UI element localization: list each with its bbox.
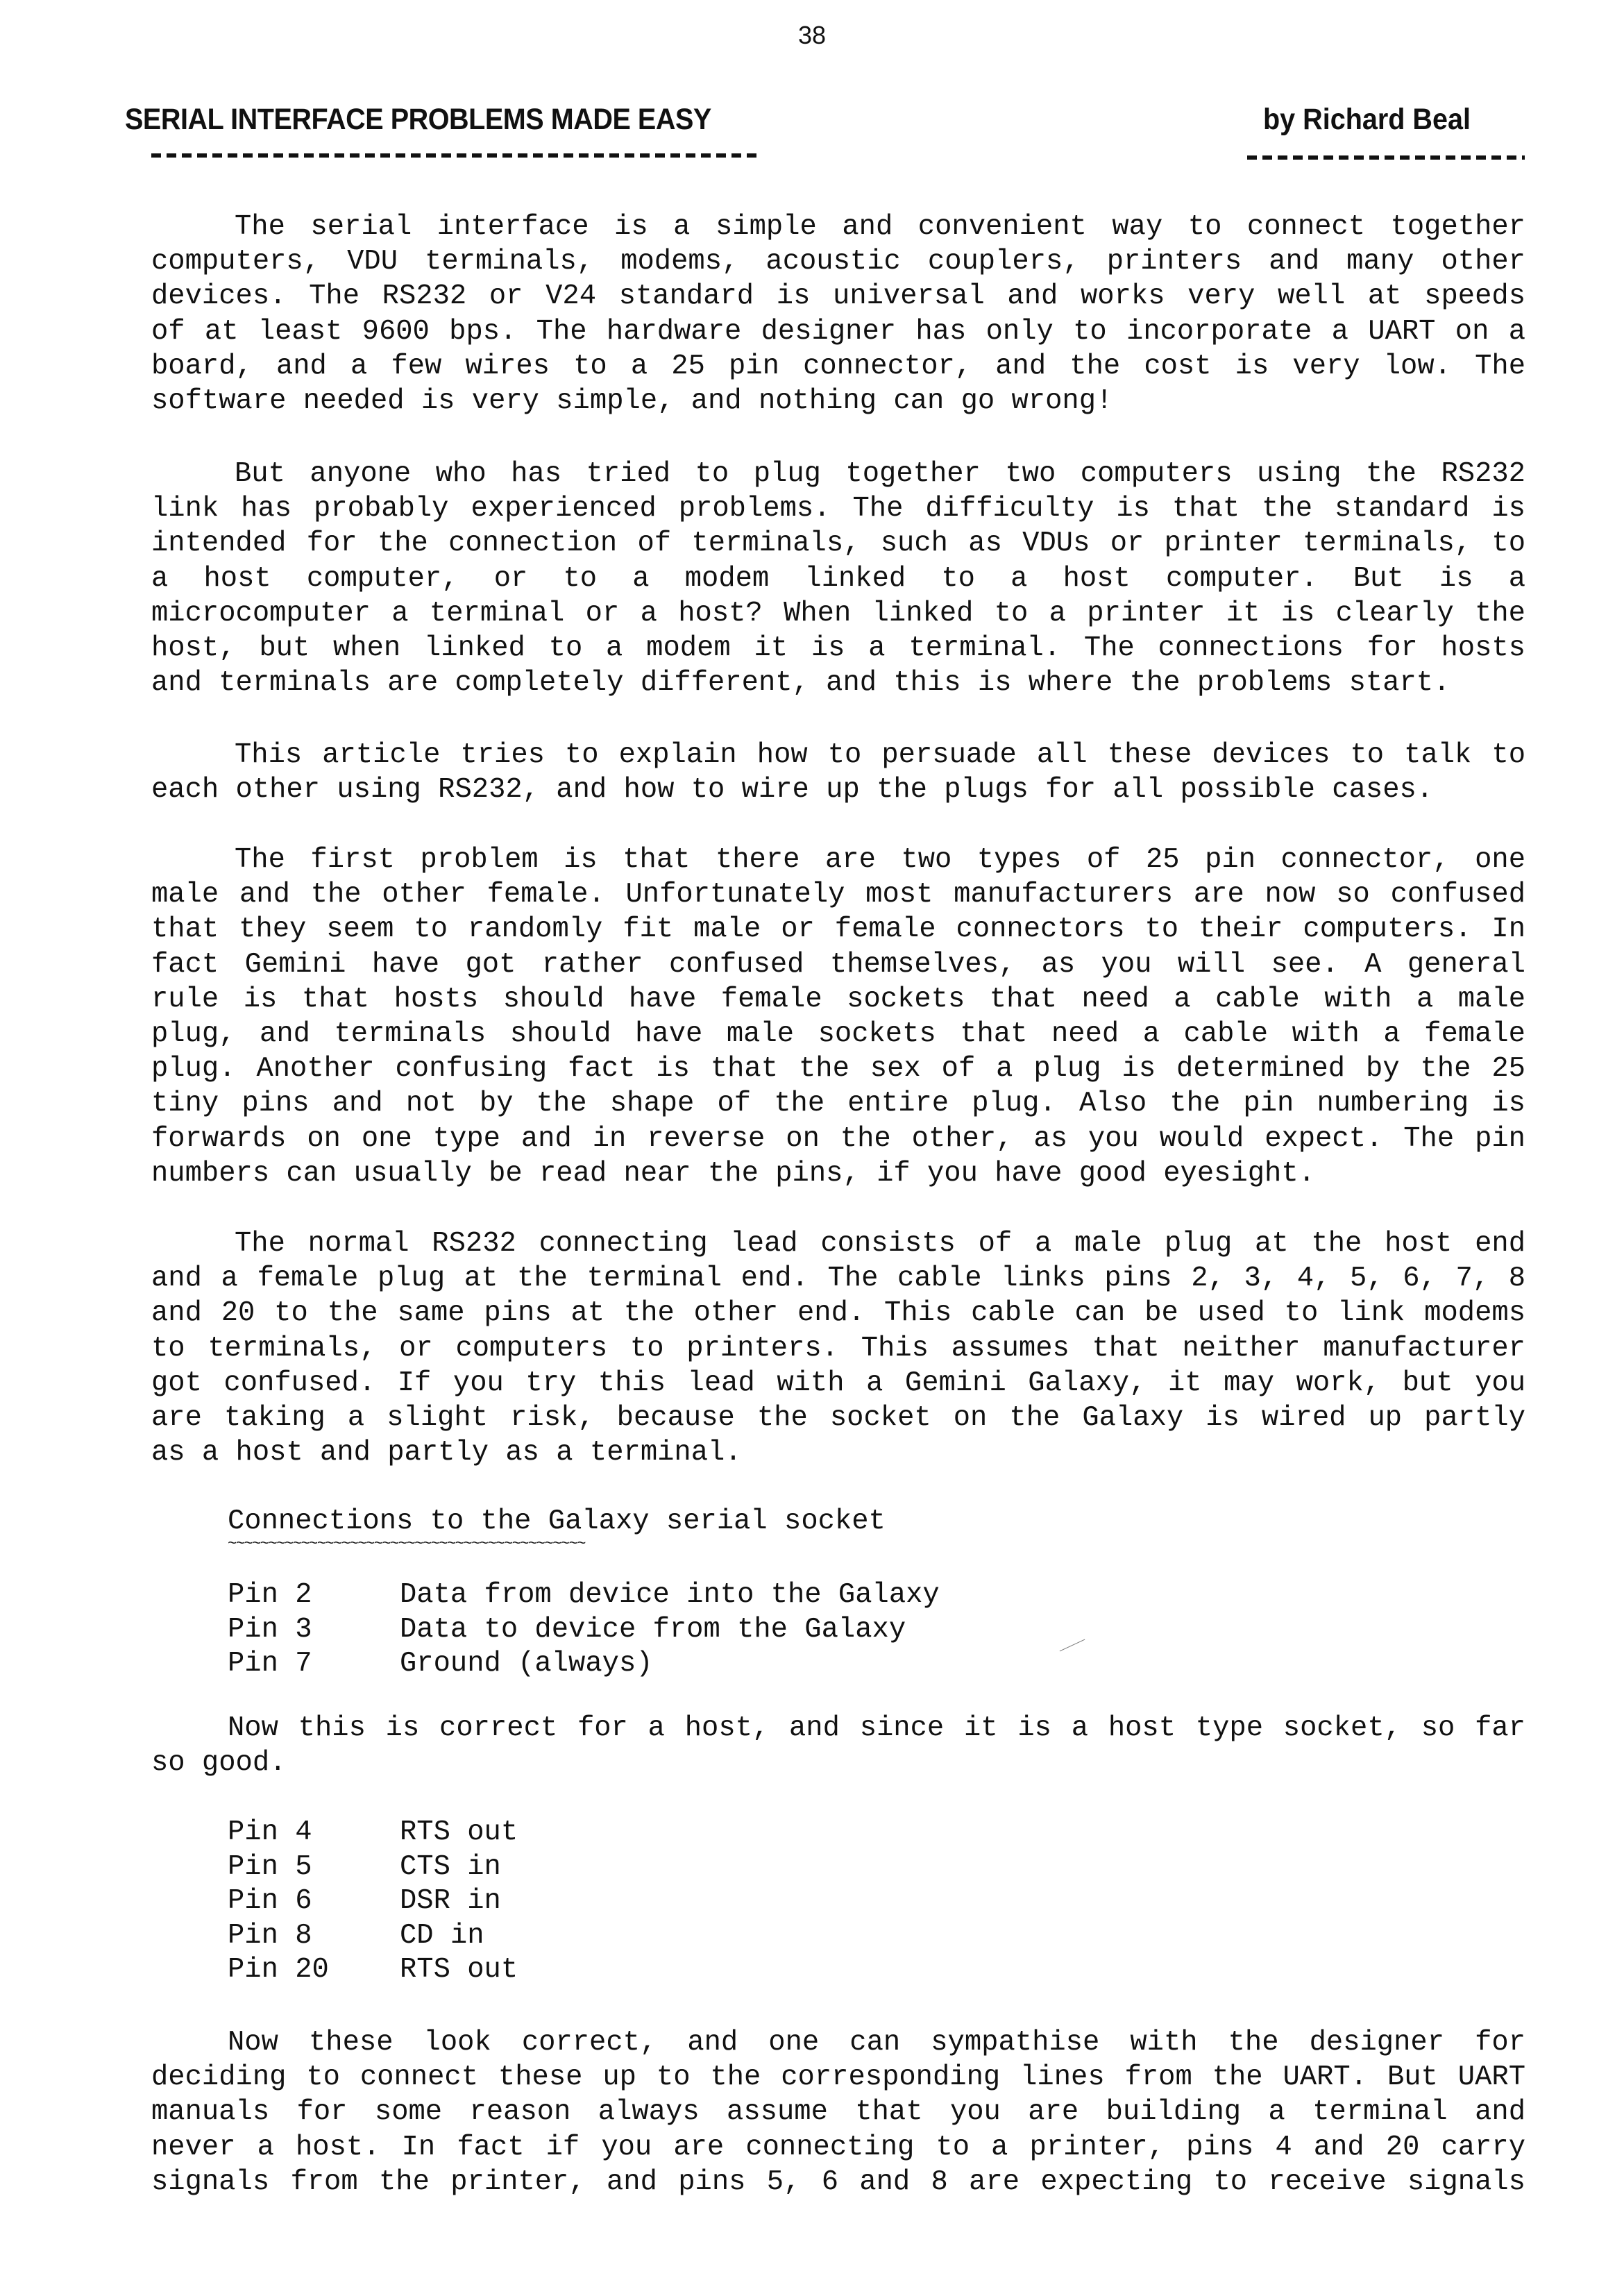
- text-line: deciding to connect these up to the corr…: [151, 2060, 1525, 2095]
- text-line: got confused. If you try this lead with …: [151, 1366, 1525, 1401]
- text-line: The first problem is that there are two …: [151, 843, 1525, 877]
- text-line: male and the other female. Unfortunately…: [151, 877, 1525, 912]
- article-byline: by Richard Beal: [1263, 103, 1471, 137]
- text-line: manuals for some reason always assume th…: [151, 2095, 1525, 2129]
- pin-description: Data to device from the Galaxy: [400, 1613, 906, 1648]
- pin-label: Pin 6: [228, 1884, 400, 1919]
- text-line: as a host and partly as a terminal.: [151, 1435, 1525, 1470]
- pin-label: Pin 2: [228, 1578, 400, 1613]
- text-line: plug, and terminals should have male soc…: [151, 1017, 1525, 1052]
- text-line: microcomputer a terminal or a host? When…: [151, 596, 1525, 631]
- text-line: signals from the printer, and pins 5, 6 …: [151, 2165, 1525, 2200]
- pin-description: CTS in: [400, 1850, 501, 1885]
- byline-dashed-rule: [1247, 155, 1525, 160]
- paragraph-connectors: The first problem is that there are two …: [151, 843, 1525, 1191]
- table-row: Pin 2 Data from device into the Galaxy: [228, 1578, 940, 1613]
- table-row: Pin 6 DSR in: [228, 1884, 518, 1919]
- text-line: fact Gemini have got rather confused the…: [151, 947, 1525, 982]
- text-line: each other using RS232, and how to wire …: [151, 773, 1525, 807]
- text-line: The serial interface is a simple and con…: [151, 210, 1525, 244]
- table-row: Pin 4 RTS out: [228, 1816, 518, 1850]
- text-line: link has probably experienced problems. …: [151, 491, 1525, 526]
- pin-label: Pin 7: [228, 1647, 400, 1682]
- text-line: to terminals, or computers to printers. …: [151, 1331, 1525, 1366]
- text-line: rule is that hosts should have female so…: [151, 982, 1525, 1017]
- pin-description: CD in: [400, 1919, 484, 1954]
- page-number: 38: [0, 21, 1624, 50]
- table-row: Pin 5 CTS in: [228, 1850, 518, 1885]
- text-line: never a host. In fact if you are connect…: [151, 2130, 1525, 2165]
- text-line: Now these look correct, and one can symp…: [151, 2025, 1525, 2060]
- pin-description: Ground (always): [400, 1647, 653, 1682]
- pin-description: RTS out: [400, 1816, 518, 1850]
- text-line: and terminals are completely different, …: [151, 666, 1525, 700]
- text-line: forwards on one type and in reverse on t…: [151, 1122, 1525, 1156]
- table-row: Pin 7 Ground (always): [228, 1647, 940, 1682]
- text-line: so good.: [151, 1746, 1525, 1780]
- table-row: Pin 8 CD in: [228, 1919, 518, 1954]
- text-line: tiny pins and not by the shape of the en…: [151, 1086, 1525, 1121]
- text-line: a host computer, or to a modem linked to…: [151, 562, 1525, 596]
- heading-wavy-underline: ~~~~~~~~~~~~~~~~~~~~~~~~~~~~~~~~~~~~~~~~…: [228, 1537, 940, 1552]
- text-line: The normal RS232 connecting lead consist…: [151, 1226, 1525, 1261]
- text-line: of at least 9600 bps. The hardware desig…: [151, 314, 1525, 349]
- text-line: computers, VDU terminals, modems, acoust…: [151, 244, 1525, 279]
- table-row: Pin 20 RTS out: [228, 1953, 518, 1988]
- text-line: that they seem to randomly fit male or f…: [151, 912, 1525, 947]
- table-row: Pin 3 Data to device from the Galaxy: [228, 1613, 940, 1648]
- text-line: But anyone who has tried to plug togethe…: [151, 457, 1525, 491]
- paragraph-normal-lead: The normal RS232 connecting lead consist…: [151, 1226, 1525, 1470]
- galaxy-connections-table: Connections to the Galaxy serial socket …: [228, 1506, 940, 1682]
- text-line: devices. The RS232 or V24 standard is un…: [151, 279, 1525, 314]
- text-line: board, and a few wires to a 25 pin conne…: [151, 349, 1525, 384]
- text-line: are taking a slight risk, because the so…: [151, 1401, 1525, 1435]
- article-title: SERIAL INTERFACE PROBLEMS MADE EASY: [125, 103, 711, 137]
- text-line: plug. Another confusing fact is that the…: [151, 1052, 1525, 1086]
- text-line: numbers can usually be read near the pin…: [151, 1156, 1525, 1191]
- paragraph-so-far-so-good: Now this is correct for a host, and sinc…: [151, 1711, 1525, 1780]
- pin-description: DSR in: [400, 1884, 501, 1919]
- pin-label: Pin 20: [228, 1953, 400, 1988]
- paragraph-problems: But anyone who has tried to plug togethe…: [151, 457, 1525, 700]
- paragraph-purpose: This article tries to explain how to per…: [151, 738, 1525, 807]
- text-line: and 20 to the same pins at the other end…: [151, 1296, 1525, 1331]
- pin-label: Pin 5: [228, 1850, 400, 1885]
- paragraph-intro: The serial interface is a simple and con…: [151, 210, 1525, 419]
- text-line: This article tries to explain how to per…: [151, 738, 1525, 773]
- paragraph-uart-manuals: Now these look correct, and one can symp…: [151, 2025, 1525, 2200]
- pin-description: Data from device into the Galaxy: [400, 1578, 940, 1613]
- pin-label: Pin 4: [228, 1816, 400, 1850]
- pin-label: Pin 3: [228, 1613, 400, 1648]
- text-line: Now this is correct for a host, and sinc…: [151, 1711, 1525, 1746]
- scan-mark: [1060, 1639, 1085, 1652]
- handshake-pins-table: Pin 4 RTS out Pin 5 CTS in Pin 6 DSR in …: [228, 1816, 518, 1988]
- text-line: host, but when linked to a modem it is a…: [151, 631, 1525, 666]
- pin-description: RTS out: [400, 1953, 518, 1988]
- table-heading: Connections to the Galaxy serial socket: [228, 1506, 940, 1537]
- text-line: and a female plug at the terminal end. T…: [151, 1261, 1525, 1296]
- pin-label: Pin 8: [228, 1919, 400, 1954]
- text-line: intended for the connection of terminals…: [151, 526, 1525, 561]
- title-dashed-rule: [151, 153, 759, 158]
- text-line: software needed is very simple, and noth…: [151, 384, 1525, 419]
